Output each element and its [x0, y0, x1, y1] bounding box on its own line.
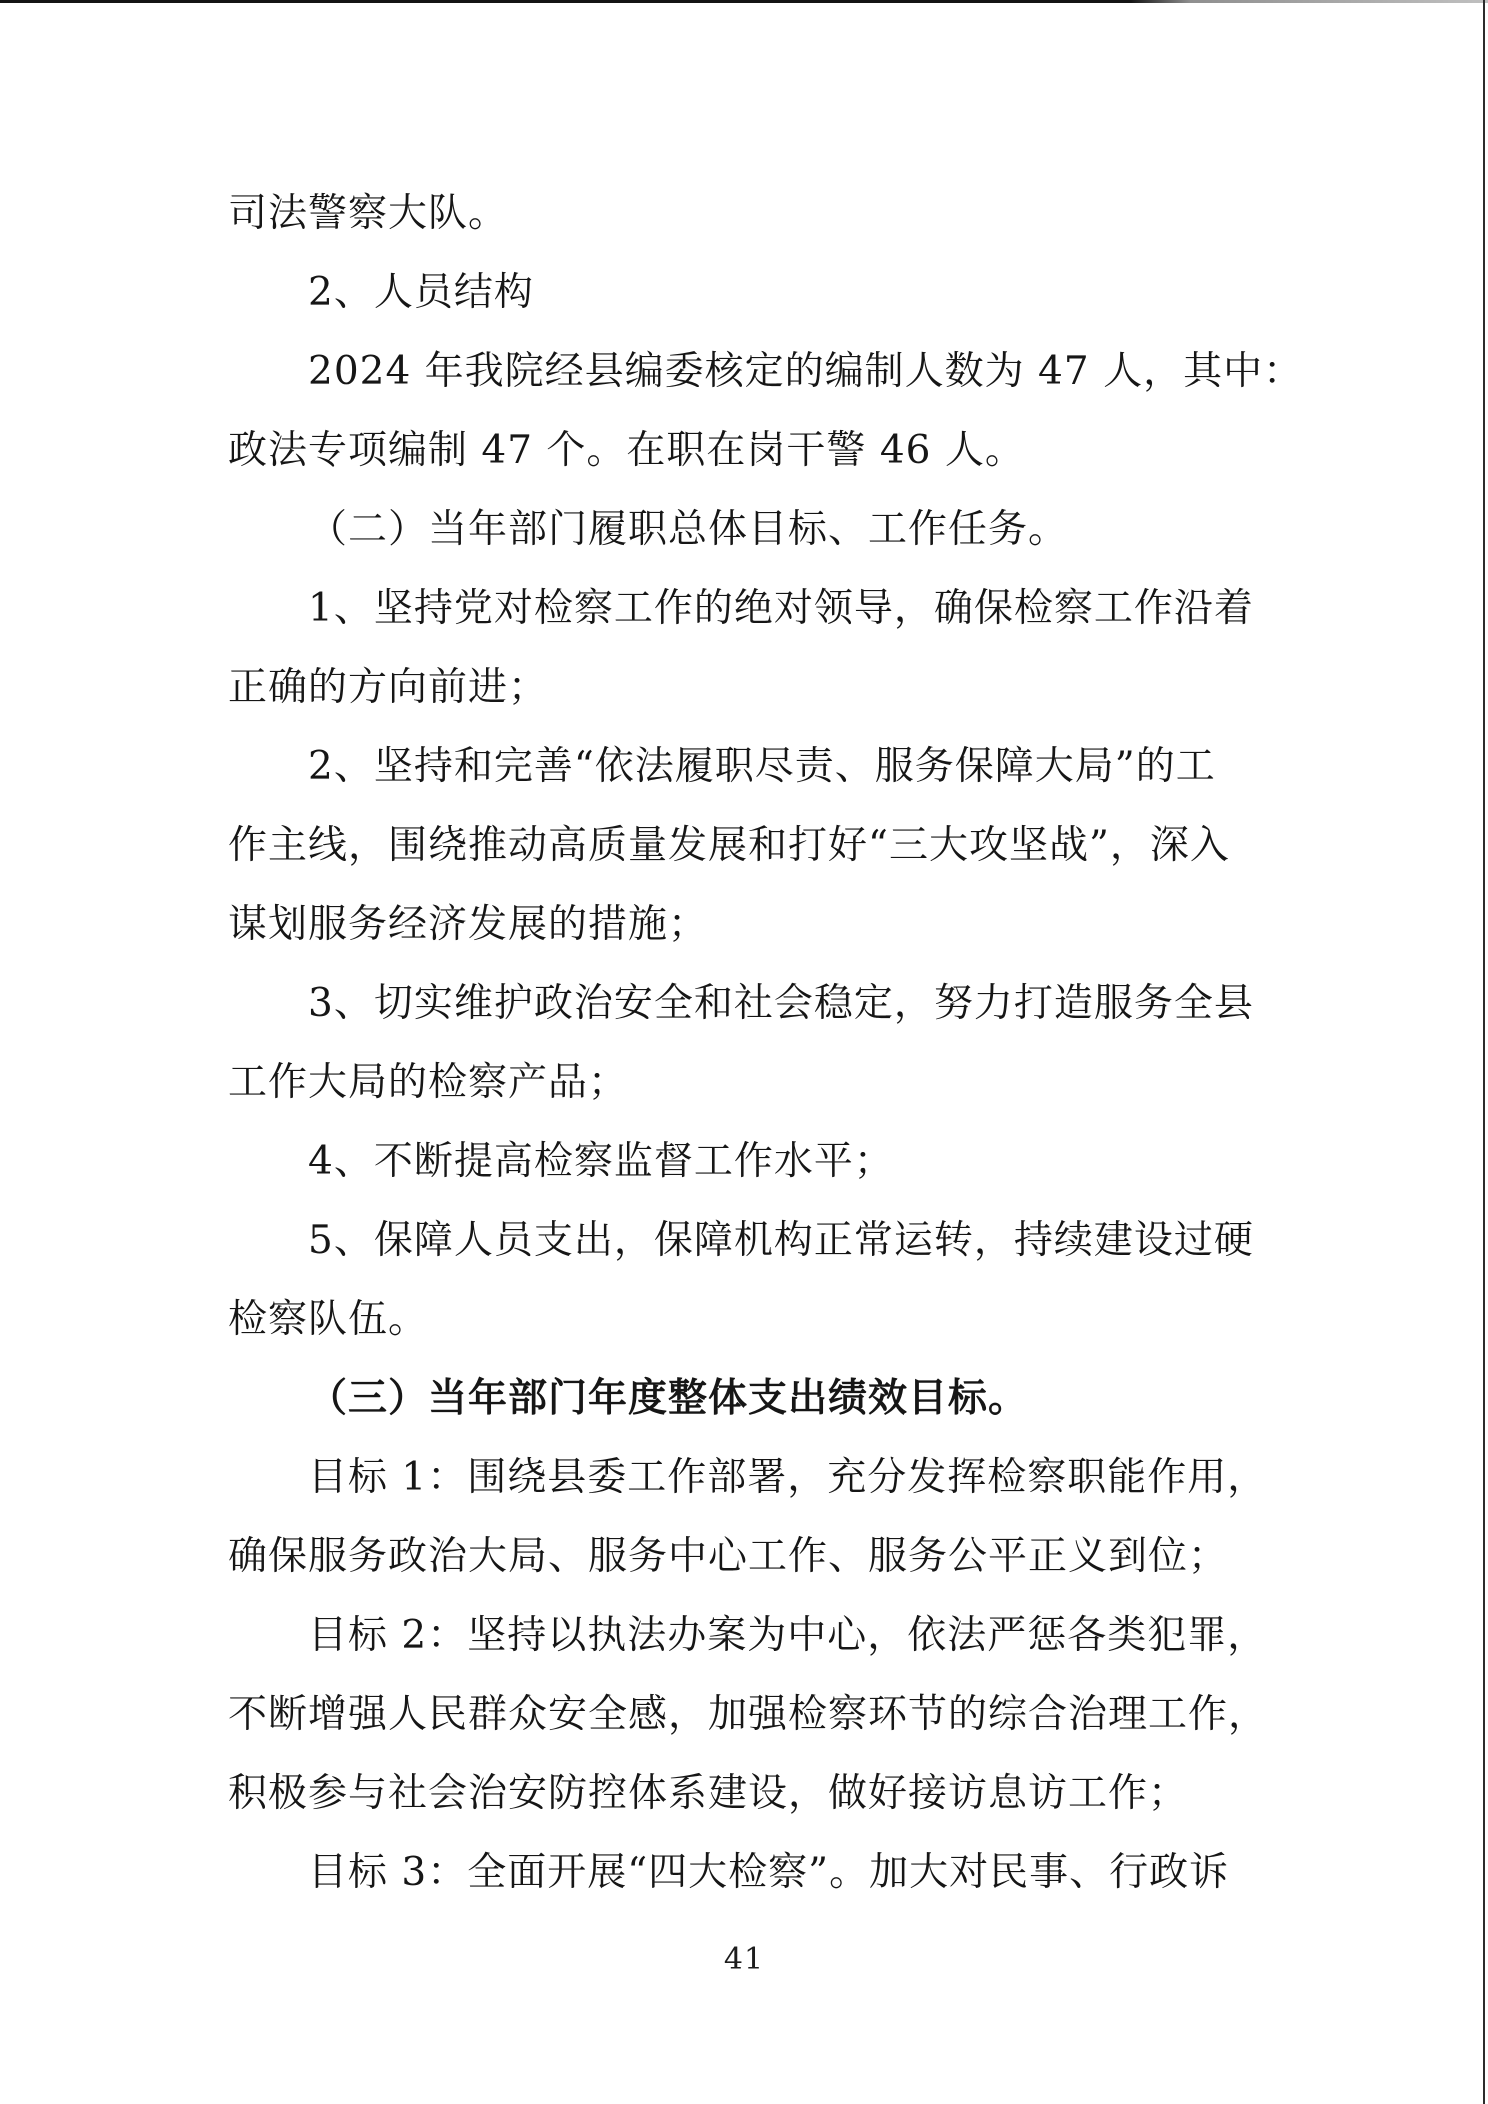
- text-line: （三）当年部门年度整体支出绩效目标。: [228, 1359, 1273, 1438]
- text-line: 2、人员结构: [228, 253, 1273, 332]
- paragraph: 2、坚持和完善“依法履职尽责、服务保障大局”的工作主线，围绕推动高质量发展和打好…: [228, 727, 1273, 964]
- text-line: 作主线，围绕推动高质量发展和打好“三大攻坚战”，深入: [228, 806, 1273, 885]
- paragraph: 目标 3：全面开展“四大检察”。加大对民事、行政诉: [228, 1833, 1273, 1912]
- paragraph: 3、切实维护政治安全和社会稳定，努力打造服务全县工作大局的检察产品；: [228, 964, 1273, 1122]
- text-line: 2、坚持和完善“依法履职尽责、服务保障大局”的工: [228, 727, 1273, 806]
- text-line: 1、坚持党对检察工作的绝对领导，确保检察工作沿着: [228, 569, 1273, 648]
- paragraph: 目标 2：坚持以执法办案为中心，依法严惩各类犯罪，不断增强人民群众安全感，加强检…: [228, 1596, 1273, 1833]
- paragraph: 1、坚持党对检察工作的绝对领导，确保检察工作沿着正确的方向前进；: [228, 569, 1273, 727]
- section-heading-paragraph: （三）当年部门年度整体支出绩效目标。: [228, 1359, 1273, 1438]
- paragraph: 目标 1：围绕县委工作部署，充分发挥检察职能作用，确保服务政治大局、服务中心工作…: [228, 1438, 1273, 1596]
- text-line: 不断增强人民群众安全感，加强检察环节的综合治理工作，: [228, 1675, 1273, 1754]
- document-body: 司法警察大队。2、人员结构2024 年我院经县编委核定的编制人数为 47 人，其…: [228, 174, 1273, 1912]
- page-top-border: [0, 0, 1488, 3]
- page-right-border: [1483, 0, 1485, 2104]
- text-line: 2024 年我院经县编委核定的编制人数为 47 人，其中：: [228, 332, 1273, 411]
- text-line: 4、不断提高检察监督工作水平；: [228, 1122, 1273, 1201]
- text-line: 正确的方向前进；: [228, 648, 1273, 727]
- text-line: 检察队伍。: [228, 1280, 1273, 1359]
- text-line: （二）当年部门履职总体目标、工作任务。: [228, 490, 1273, 569]
- text-line: 确保服务政治大局、服务中心工作、服务公平正义到位；: [228, 1517, 1273, 1596]
- paragraph: 2024 年我院经县编委核定的编制人数为 47 人，其中：政法专项编制 47 个…: [228, 332, 1273, 490]
- text-line: 工作大局的检察产品；: [228, 1043, 1273, 1122]
- text-line: 目标 3：全面开展“四大检察”。加大对民事、行政诉: [228, 1833, 1273, 1912]
- text-line: 5、保障人员支出，保障机构正常运转，持续建设过硬: [228, 1201, 1273, 1280]
- paragraph: 5、保障人员支出，保障机构正常运转，持续建设过硬检察队伍。: [228, 1201, 1273, 1359]
- page-number: 41: [0, 1942, 1488, 1977]
- document-page: 司法警察大队。2、人员结构2024 年我院经县编委核定的编制人数为 47 人，其…: [0, 0, 1488, 2104]
- paragraph: 司法警察大队。: [228, 174, 1273, 253]
- text-line: 谋划服务经济发展的措施；: [228, 885, 1273, 964]
- text-line: 目标 2：坚持以执法办案为中心，依法严惩各类犯罪，: [228, 1596, 1273, 1675]
- text-line: 政法专项编制 47 个。在职在岗干警 46 人。: [228, 411, 1273, 490]
- text-line: 积极参与社会治安防控体系建设，做好接访息访工作；: [228, 1754, 1273, 1833]
- text-line: 3、切实维护政治安全和社会稳定，努力打造服务全县: [228, 964, 1273, 1043]
- paragraph: 2、人员结构: [228, 253, 1273, 332]
- text-line: 司法警察大队。: [228, 174, 1273, 253]
- paragraph: （二）当年部门履职总体目标、工作任务。: [228, 490, 1273, 569]
- text-line: 目标 1：围绕县委工作部署，充分发挥检察职能作用，: [228, 1438, 1273, 1517]
- paragraph: 4、不断提高检察监督工作水平；: [228, 1122, 1273, 1201]
